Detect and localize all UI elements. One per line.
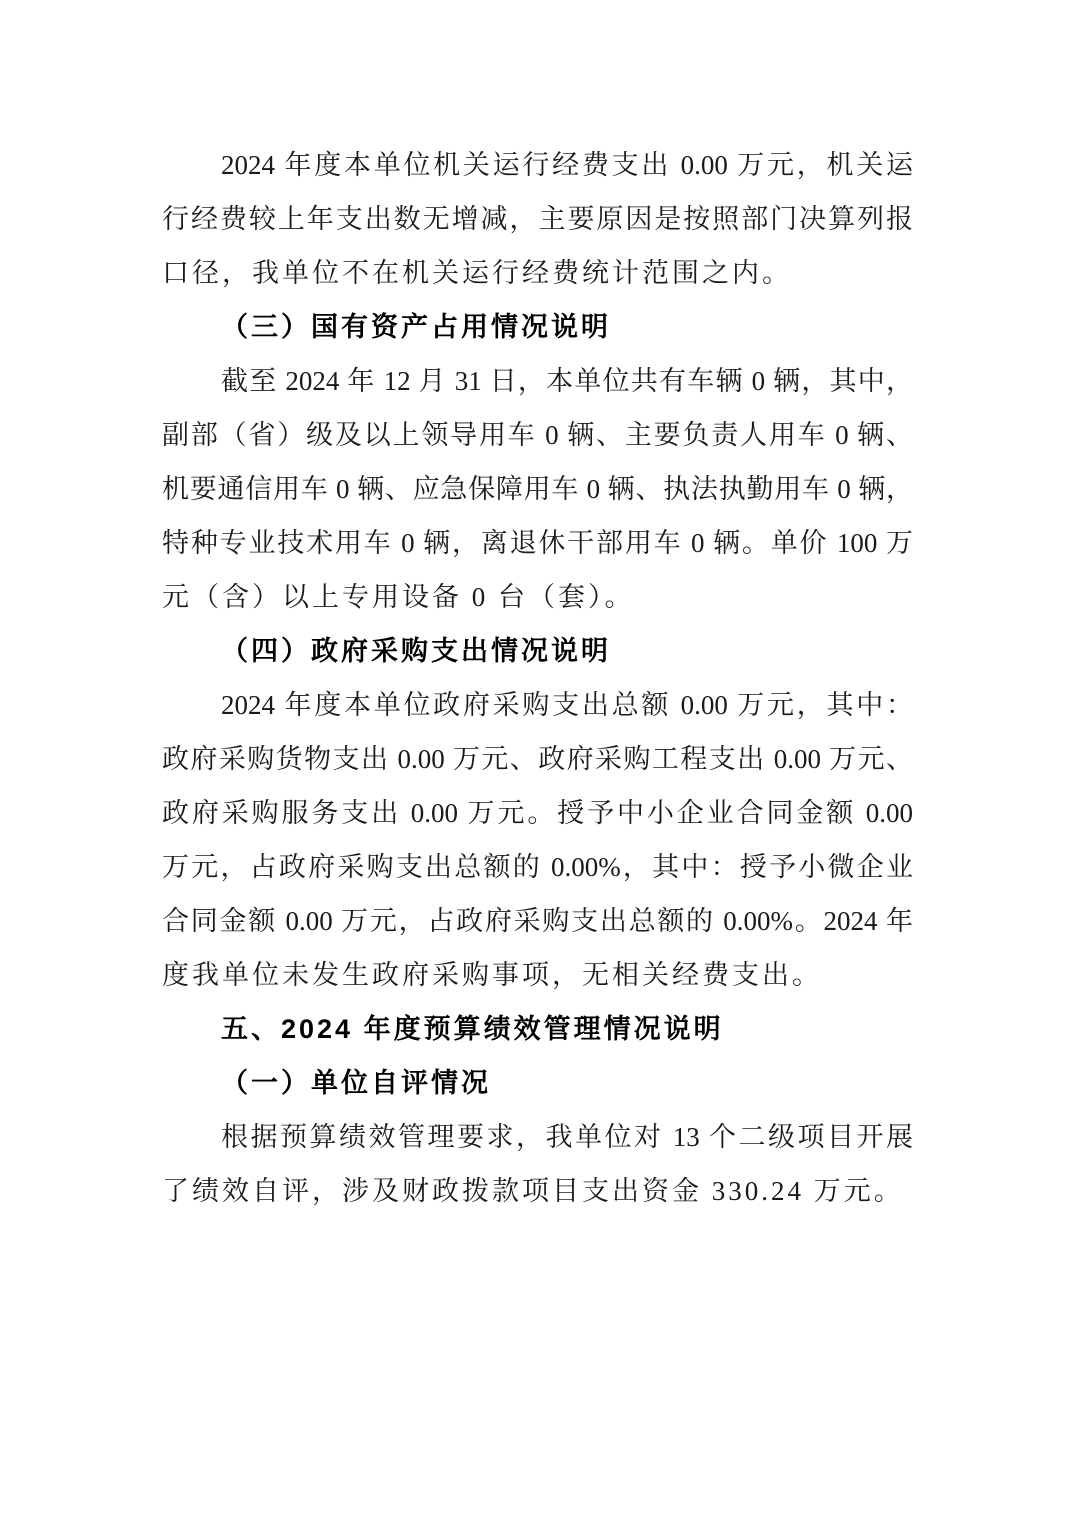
heading-line: （四）政府采购支出情况说明 xyxy=(162,624,913,678)
text-line: 口径，我单位不在机关运行经费统计范围之内。 xyxy=(162,246,913,300)
text-line: 2024 年度本单位政府采购支出总额 0.00 万元，其中： xyxy=(162,678,913,732)
text-line: 元（含）以上专用设备 0 台（套）。 xyxy=(162,570,913,624)
text-line: 行经费较上年支出数无增减，主要原因是按照部门决算列报 xyxy=(162,192,913,246)
text-line: 合同金额 0.00 万元，占政府采购支出总额的 0.00%。2024 年 xyxy=(162,894,913,948)
text-line: 2024 年度本单位机关运行经费支出 0.00 万元，机关运 xyxy=(162,138,913,192)
text-line: 副部（省）级及以上领导用车 0 辆、主要负责人用车 0 辆、 xyxy=(162,408,913,462)
text-line: 了绩效自评，涉及财政拨款项目支出资金 330.24 万元。 xyxy=(162,1164,913,1218)
text-line: 度我单位未发生政府采购事项，无相关经费支出。 xyxy=(162,948,913,1002)
heading-line: （三）国有资产占用情况说明 xyxy=(162,300,913,354)
text-line: 政府采购货物支出 0.00 万元、政府采购工程支出 0.00 万元、 xyxy=(162,732,913,786)
heading-line: （一）单位自评情况 xyxy=(162,1056,913,1110)
text-line: 万元，占政府采购支出总额的 0.00%，其中：授予小微企业 xyxy=(162,840,913,894)
text-line: 机要通信用车 0 辆、应急保障用车 0 辆、执法执勤用车 0 辆， xyxy=(162,462,913,516)
document-body: 2024 年度本单位机关运行经费支出 0.00 万元，机关运行经费较上年支出数无… xyxy=(162,138,913,1218)
text-line: 特种专业技术用车 0 辆，离退休干部用车 0 辆。单价 100 万 xyxy=(162,516,913,570)
document-page: 2024 年度本单位机关运行经费支出 0.00 万元，机关运行经费较上年支出数无… xyxy=(0,0,1075,1520)
text-line: 政府采购服务支出 0.00 万元。授予中小企业合同金额 0.00 xyxy=(162,786,913,840)
heading-line: 五、2024 年度预算绩效管理情况说明 xyxy=(162,1002,913,1056)
text-line: 根据预算绩效管理要求，我单位对 13 个二级项目开展 xyxy=(162,1110,913,1164)
text-line: 截至 2024 年 12 月 31 日，本单位共有车辆 0 辆，其中， xyxy=(162,354,913,408)
